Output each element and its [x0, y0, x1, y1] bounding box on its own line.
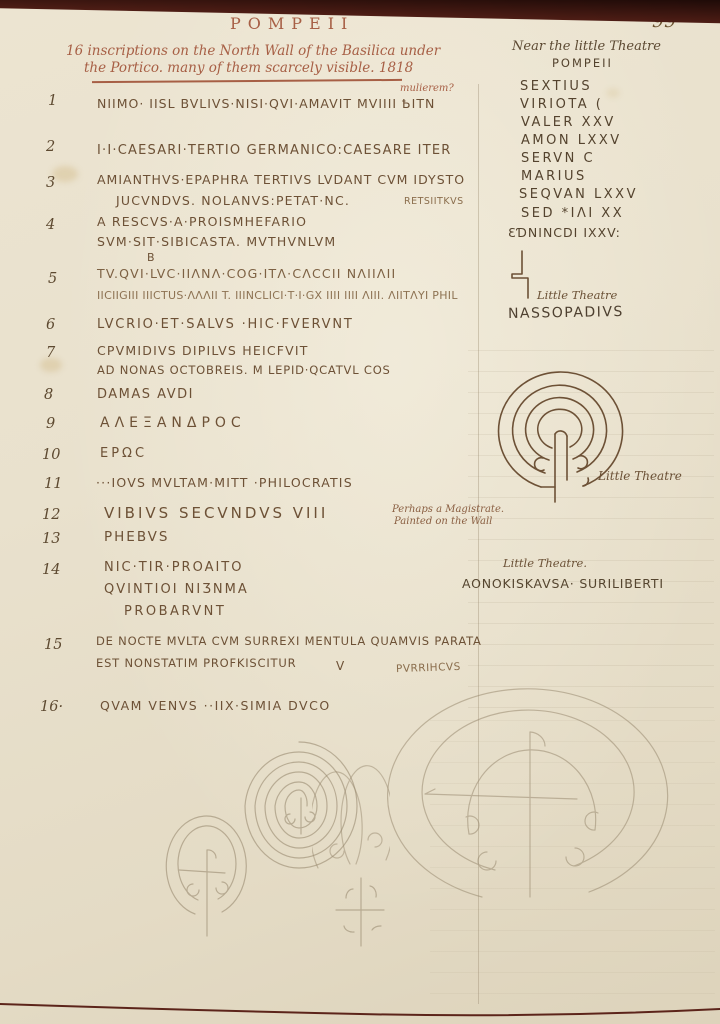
name-list-item: AMON LXXV	[521, 134, 622, 147]
pencil-labyrinth-small	[165, 806, 251, 938]
item-number: 15	[44, 638, 62, 653]
pencil-seed-pattern	[332, 874, 388, 950]
item-number: 4	[46, 218, 55, 233]
inscription-line: QVAM VENVS ··IIX·SIMIA DVCO	[100, 700, 331, 713]
little-theatre-label-1: Little Theatre	[537, 290, 617, 302]
inscription-line: DE NOCTE MVLTA CVM SURREXI MENTULA QUAMV…	[96, 636, 482, 648]
inscription-annotation: Perhaps a Magistrate.	[392, 505, 504, 515]
name-list-item: SEXTIUS	[520, 80, 592, 93]
pencil-labyrinth-loops	[312, 732, 390, 872]
name-list-item: VALER XXV	[521, 116, 616, 129]
item-number: 13	[42, 532, 60, 547]
inscription-line: ΕΡΩC	[100, 447, 147, 460]
inscription-line: NIIMO· IISL BVLIVS·NISI·QVI·AMAVIT MVIII…	[97, 98, 435, 111]
item-number: 8	[44, 388, 53, 403]
item-number: 2	[46, 140, 55, 155]
inscription-annotation: RETSIITKVS	[404, 197, 464, 207]
item-number: 14	[42, 563, 60, 578]
book-edge-bottom	[0, 1000, 720, 1024]
item-number: 11	[44, 477, 62, 492]
inscription-line: I·I·CAESARI·TERTIO GERMANICO:CAESARE ITE…	[97, 144, 452, 157]
little-theatre-label-2: Little Theatre.	[503, 558, 587, 570]
page-stain	[52, 166, 78, 182]
inscription-line: ···IOVS MVLTAM·MITT ·PHILOCRATIS	[96, 477, 353, 490]
name-list-item: ƐƊNINCDI IXXV:	[508, 227, 621, 240]
inscription-line: LVCRIO·ET·SALVS ·HIC·FVERVNT	[97, 318, 354, 331]
inscription-superscript: B	[147, 252, 155, 263]
inscription-line: AMIANTHVS·EPAPHRA TERTIVS LVDANT CVM IDY…	[97, 174, 465, 187]
inscription-line: EST NONSTATIM PROFKISCITUR	[96, 658, 296, 670]
inscription-line: A RESCVS·A·PROISMHEFARIO	[97, 216, 307, 229]
name-list-item: VIRIOTA (	[520, 98, 603, 111]
item-number: 9	[46, 417, 55, 432]
item-number: 7	[46, 346, 55, 361]
item-number: 16·	[40, 700, 63, 715]
inscription-line: NIC·TIR·PROAITO	[104, 561, 243, 574]
inscription-line: QVINTIOI NIƷNMA	[104, 583, 249, 596]
inscription-annotation: Painted on the Wall	[394, 517, 492, 527]
header-note-line2: the Portico. many of them scarcely visib…	[84, 62, 413, 76]
page-title: POMPEII	[230, 16, 354, 32]
name-list-item: SERVN C	[521, 152, 595, 165]
inscription-line: PHEBVS	[104, 531, 169, 545]
header-annotation: mulierem?	[400, 84, 454, 94]
aonokiskavsa-text: AONOKISKAVSA· SURILIBERTI	[462, 578, 664, 591]
page-stain	[606, 88, 620, 98]
item-number: 12	[42, 508, 60, 523]
inscription-line: ΑΛΕΞΑΝΔΡΟC	[100, 416, 246, 430]
ink-labyrinth-label: Little Theatre	[598, 470, 682, 482]
inscription-line: IICIIGIII IIICTUS·ΛΛΛII T. IIINCLICI·T·I…	[97, 290, 458, 301]
item-number: 6	[46, 318, 55, 333]
name-list-item: SEQVAN LXXV	[519, 188, 638, 201]
inscription-line: DAMAS AVDI	[97, 388, 194, 401]
right-heading-line1: Near the little Theatre	[512, 40, 661, 53]
inscription-line: PROBARVNT	[124, 605, 226, 618]
header-note-line1: 16 inscriptions on the North Wall of the…	[66, 45, 440, 59]
nassopadius-text: NASSOPADIVS	[508, 305, 624, 321]
pencil-labyrinth-large	[387, 672, 677, 904]
inscription-mark: V	[336, 660, 344, 672]
inscription-line: CPVMIDIVS DIPILVS HEICFVIT	[97, 345, 309, 358]
name-list-item: SED *IΛI XX	[521, 207, 624, 220]
right-heading-line2: POMPEII	[552, 58, 613, 70]
inscription-line: JUCVNDVS. NOLANVS:PETAT·NC.	[116, 195, 350, 208]
inscription-line: AD NONAS OCTOBREIS. M LEPID·QCATVL COS	[97, 365, 391, 377]
inscription-line: SVM·SIT·SIBICASTA. MVTHVNLVM	[97, 236, 336, 249]
header-underline	[92, 79, 402, 83]
item-number: 10	[42, 448, 60, 463]
inscription-line: TV.QVI·LVC·IIΛNΛ·COG·ITΛ·CΛCCII NΛIIΛII	[97, 268, 396, 281]
book-edge-top	[0, 0, 720, 24]
item-number: 1	[48, 94, 57, 109]
item-number: 3	[46, 176, 55, 191]
item-number: 5	[48, 272, 57, 287]
name-list-item: MARIUS	[521, 170, 587, 183]
manuscript-page: POMPEII 99 16 inscriptions on the North …	[0, 0, 720, 1024]
inscription-line: VIBIVS SECVNDVS VIII	[104, 506, 328, 521]
